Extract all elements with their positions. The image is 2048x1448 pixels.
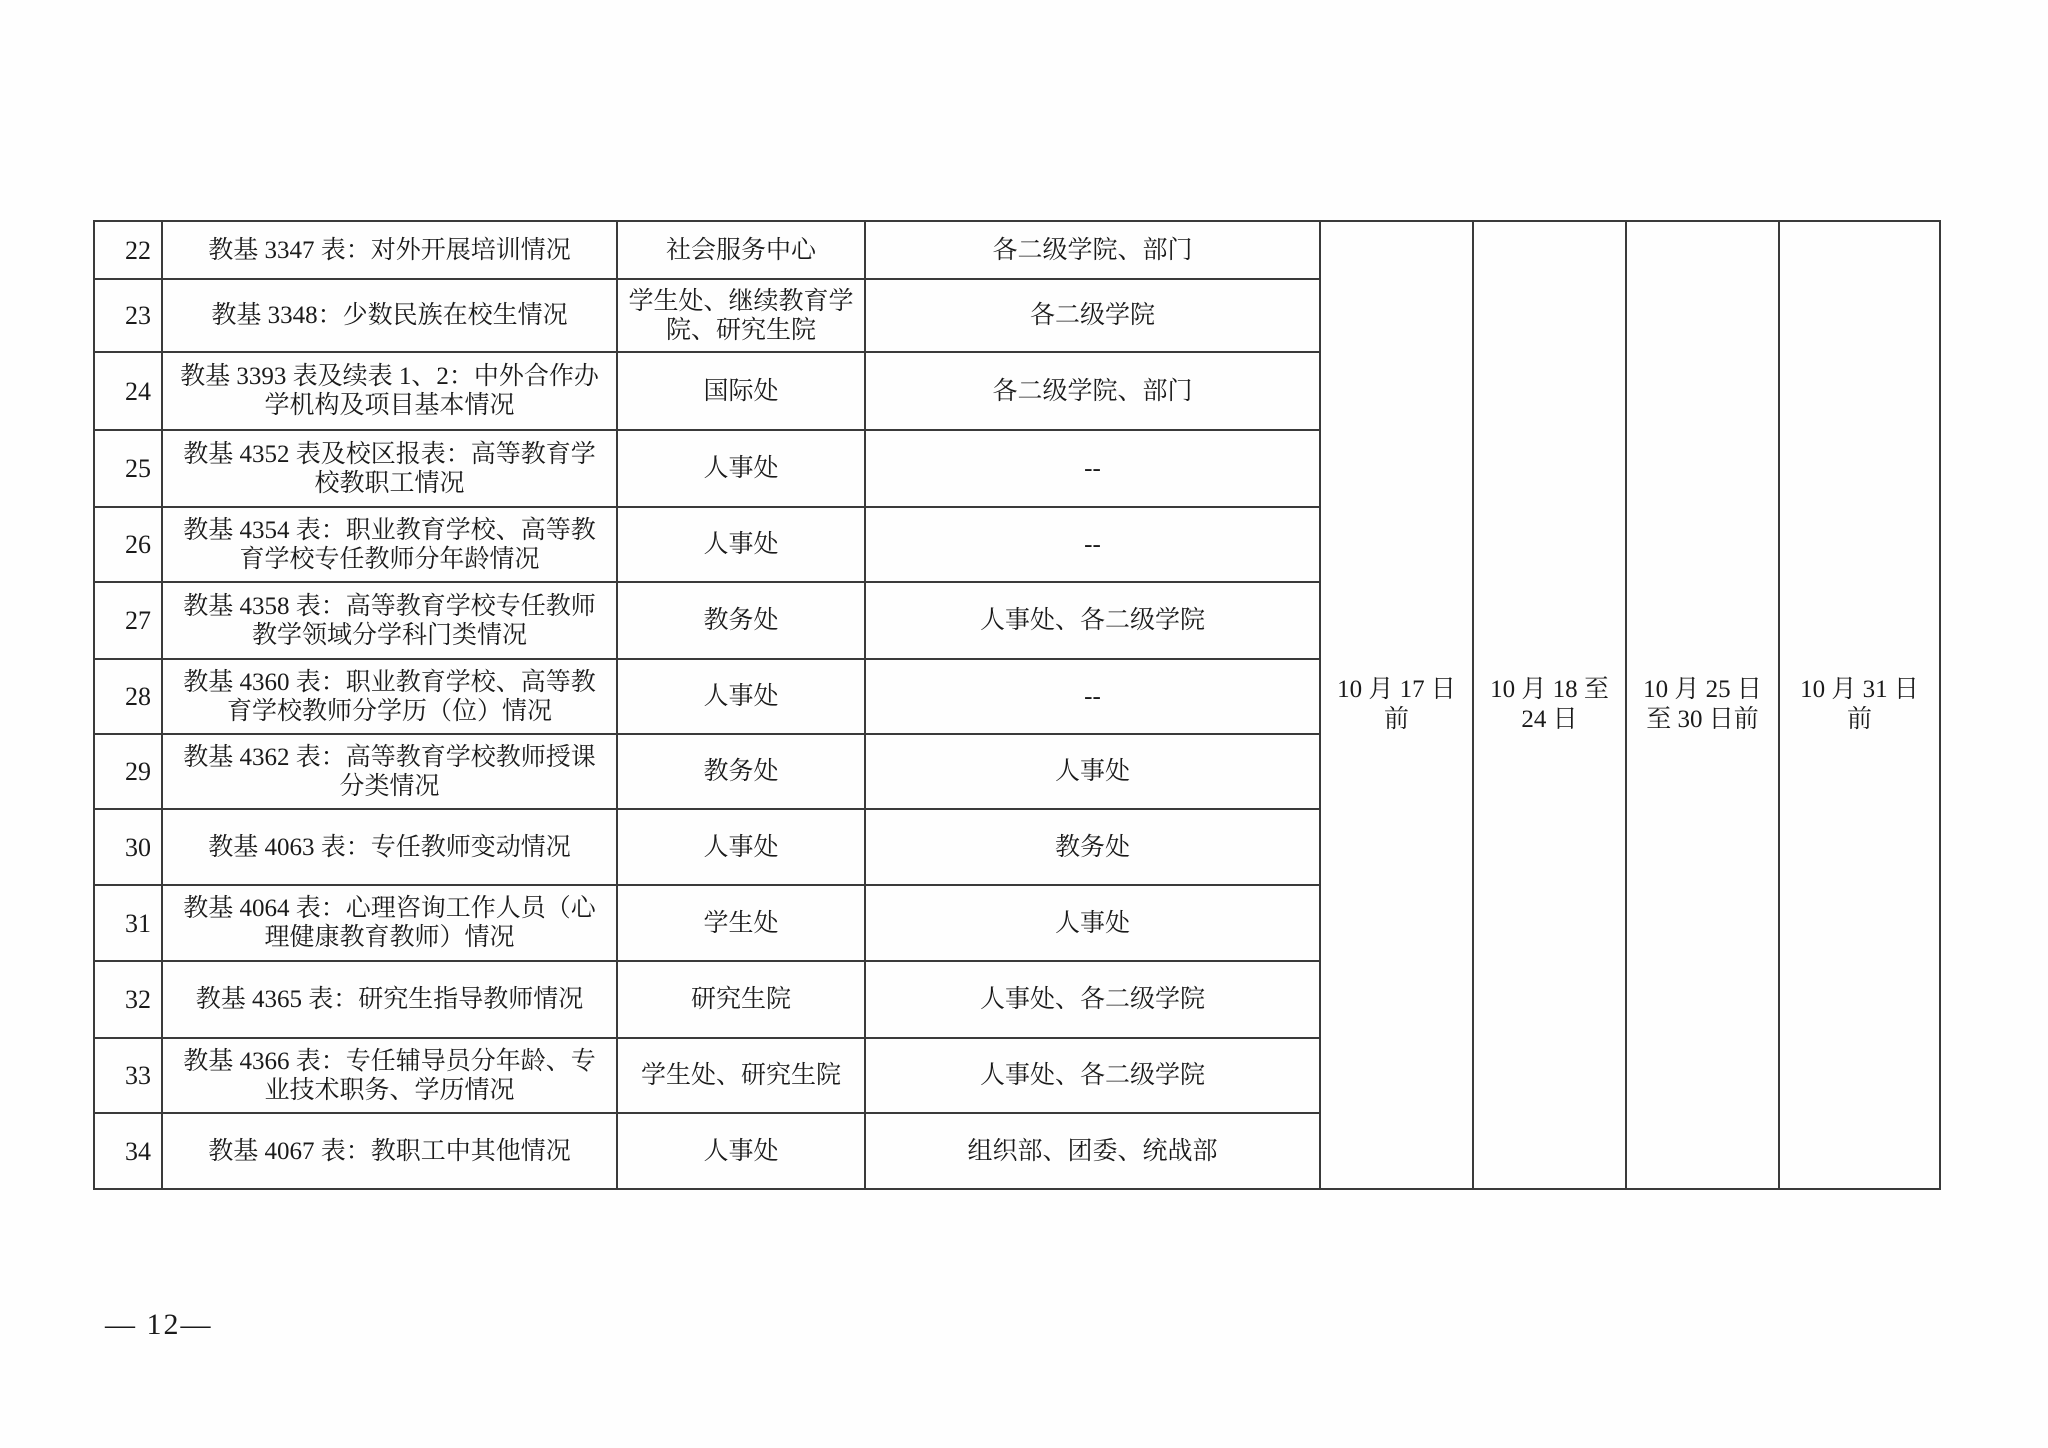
cooperating-departments: 人事处 bbox=[865, 885, 1320, 961]
row-index: 22 bbox=[94, 221, 162, 279]
deadline-3: 10 月 25 日至 30 日前 bbox=[1626, 221, 1779, 1189]
row-index: 27 bbox=[94, 582, 162, 659]
cooperating-departments: 人事处 bbox=[865, 734, 1320, 809]
form-name: 教基 4063 表：专任教师变动情况 bbox=[162, 809, 617, 885]
cooperating-departments: 各二级学院、部门 bbox=[865, 221, 1320, 279]
deadline-2: 10 月 18 至 24 日 bbox=[1473, 221, 1626, 1189]
deadline-4: 10 月 31 日前 bbox=[1779, 221, 1940, 1189]
deadline-1: 10 月 17 日前 bbox=[1320, 221, 1473, 1189]
cooperating-departments: 组织部、团委、统战部 bbox=[865, 1113, 1320, 1189]
cooperating-departments: 各二级学院 bbox=[865, 279, 1320, 352]
cooperating-departments: 人事处、各二级学院 bbox=[865, 582, 1320, 659]
form-name: 教基 3348：少数民族在校生情况 bbox=[162, 279, 617, 352]
document-page: 22 教基 3347 表：对外开展培训情况 社会服务中心 各二级学院、部门 10… bbox=[0, 0, 2048, 1448]
page-number: — 12— bbox=[105, 1308, 213, 1342]
row-index: 23 bbox=[94, 279, 162, 352]
lead-department: 国际处 bbox=[617, 352, 865, 430]
lead-department: 研究生院 bbox=[617, 961, 865, 1038]
row-index: 32 bbox=[94, 961, 162, 1038]
lead-department: 学生处、研究生院 bbox=[617, 1038, 865, 1113]
lead-department: 社会服务中心 bbox=[617, 221, 865, 279]
lead-department: 教务处 bbox=[617, 582, 865, 659]
row-index: 31 bbox=[94, 885, 162, 961]
form-name: 教基 4352 表及校区报表：高等教育学校教职工情况 bbox=[162, 430, 617, 507]
lead-department: 人事处 bbox=[617, 659, 865, 734]
cooperating-departments: -- bbox=[865, 507, 1320, 582]
cooperating-departments: 人事处、各二级学院 bbox=[865, 1038, 1320, 1113]
form-name: 教基 4360 表：职业教育学校、高等教育学校教师分学历（位）情况 bbox=[162, 659, 617, 734]
lead-department: 人事处 bbox=[617, 430, 865, 507]
row-index: 28 bbox=[94, 659, 162, 734]
cooperating-departments: 各二级学院、部门 bbox=[865, 352, 1320, 430]
form-name: 教基 3393 表及续表 1、2：中外合作办学机构及项目基本情况 bbox=[162, 352, 617, 430]
row-index: 29 bbox=[94, 734, 162, 809]
row-index: 30 bbox=[94, 809, 162, 885]
form-name: 教基 4362 表：高等教育学校教师授课分类情况 bbox=[162, 734, 617, 809]
lead-department: 学生处 bbox=[617, 885, 865, 961]
form-name: 教基 4354 表：职业教育学校、高等教育学校专任教师分年龄情况 bbox=[162, 507, 617, 582]
form-name: 教基 4358 表：高等教育学校专任教师教学领域分学科门类情况 bbox=[162, 582, 617, 659]
lead-department: 人事处 bbox=[617, 809, 865, 885]
table-row: 22 教基 3347 表：对外开展培训情况 社会服务中心 各二级学院、部门 10… bbox=[94, 221, 1940, 279]
row-index: 26 bbox=[94, 507, 162, 582]
form-name: 教基 4366 表：专任辅导员分年龄、专业技术职务、学历情况 bbox=[162, 1038, 617, 1113]
row-index: 24 bbox=[94, 352, 162, 430]
lead-department: 人事处 bbox=[617, 507, 865, 582]
form-name: 教基 4067 表：教职工中其他情况 bbox=[162, 1113, 617, 1189]
lead-department: 教务处 bbox=[617, 734, 865, 809]
statistics-task-table: 22 教基 3347 表：对外开展培训情况 社会服务中心 各二级学院、部门 10… bbox=[93, 220, 1941, 1190]
lead-department: 人事处 bbox=[617, 1113, 865, 1189]
cooperating-departments: -- bbox=[865, 430, 1320, 507]
cooperating-departments: 人事处、各二级学院 bbox=[865, 961, 1320, 1038]
lead-department: 学生处、继续教育学院、研究生院 bbox=[617, 279, 865, 352]
row-index: 34 bbox=[94, 1113, 162, 1189]
form-name: 教基 4365 表：研究生指导教师情况 bbox=[162, 961, 617, 1038]
cooperating-departments: -- bbox=[865, 659, 1320, 734]
cooperating-departments: 教务处 bbox=[865, 809, 1320, 885]
form-name: 教基 3347 表：对外开展培训情况 bbox=[162, 221, 617, 279]
row-index: 25 bbox=[94, 430, 162, 507]
row-index: 33 bbox=[94, 1038, 162, 1113]
form-name: 教基 4064 表：心理咨询工作人员（心理健康教育教师）情况 bbox=[162, 885, 617, 961]
